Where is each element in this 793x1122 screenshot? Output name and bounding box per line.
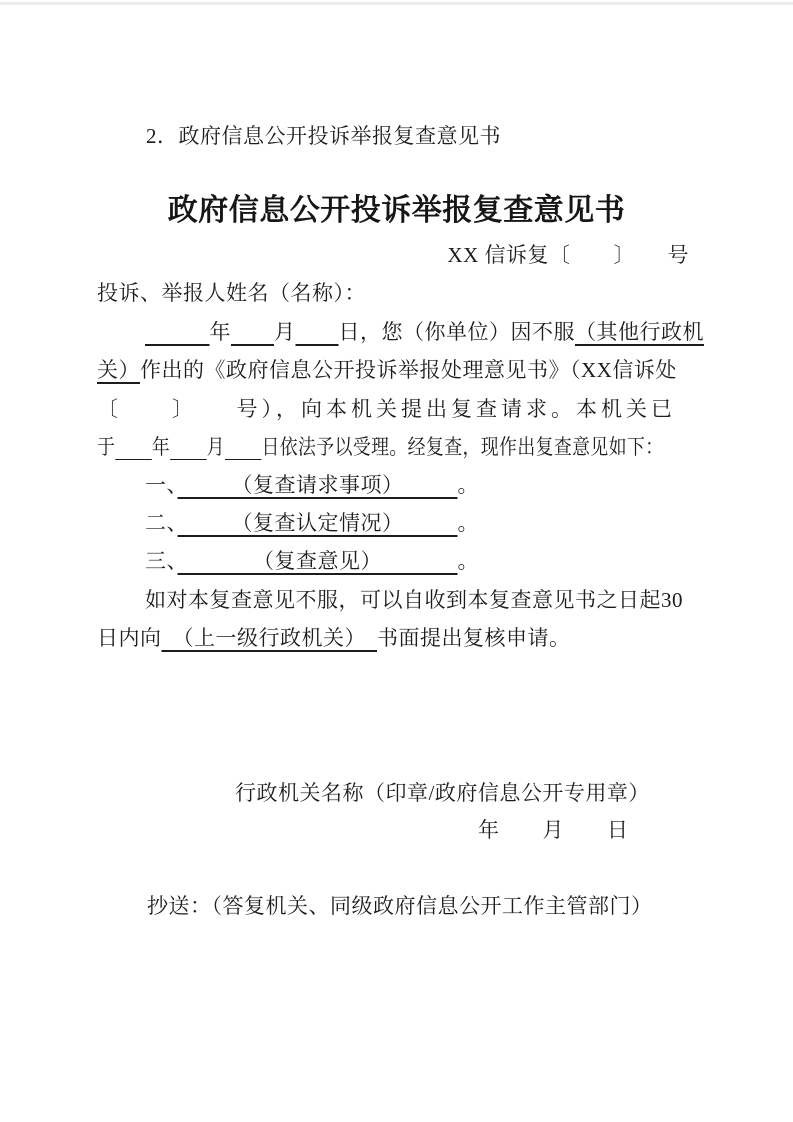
text-run: 如对本复查意见不服，可以自收到本复查意见书之日起30 [145, 588, 683, 612]
text-run: 年 [152, 435, 170, 459]
numbered-item-2-review-findings: 二、 （复查认定情况） 。 [145, 511, 479, 536]
signature-agency-seal-line: 行政机关名称（印章/政府信息公开专用章） [235, 781, 650, 806]
fill-in-blank [145, 320, 210, 344]
numbered-item-1-review-request: 一、 （复查请求事项） 。 [145, 473, 479, 498]
text-run: 书面提出复核申请。 [377, 626, 571, 650]
body-line-4: 于 年 月 日依法予以受理。经复查，现作出复查意见如下： [97, 435, 664, 460]
text-run: 日，您（你单位）因不服 [339, 320, 576, 344]
document-reference-number: XX 信诉复〔 〕 号 [0, 243, 689, 268]
list-item-number-label: 2．政府信息公开投诉举报复查意见书 [146, 124, 501, 149]
carbon-copy-line: 抄送：（答复机关、同级政府信息公开工作主管部门） [147, 894, 653, 919]
numbered-item-3-review-opinion: 三、 （复查意见） 。 [145, 549, 479, 574]
body-line-3: 〔 〕 号），向本机关提出复查请求。本机关已 [97, 397, 676, 422]
document-title: 政府信息公开投诉举报复查意见书 [0, 193, 793, 229]
fill-in-blank [225, 435, 262, 459]
text-run: 月 [207, 435, 225, 459]
text-run: 〔 〕 号），向本机关提出复查请求。本机关已 [97, 397, 676, 421]
text-run: 。 [458, 473, 480, 497]
text-run: 。 [458, 549, 480, 573]
text-run: 二、 [145, 511, 178, 535]
fill-in-blank [231, 320, 274, 344]
fill-in-blank [170, 435, 207, 459]
closing-line-2: 日内向 （上一级行政机关） 书面提出复核申请。 [97, 626, 571, 651]
fill-in-blank [296, 320, 339, 344]
text-run: 月 [274, 320, 296, 344]
text-run: 于 [97, 435, 115, 459]
fill-in-blank: （上一级行政机关） [162, 626, 378, 650]
text-run: 日内向 [97, 626, 162, 650]
signature-date-line: 年 月 日 [478, 818, 629, 843]
fill-in-blank: （复查请求事项） [178, 473, 458, 497]
text-run: 三、 [145, 549, 178, 573]
page-top-edge [0, 2, 793, 5]
text-run: 作出的《政府信息公开投诉举报处理意见书》（XX信诉处 [140, 358, 677, 382]
text-run: 一、 [145, 473, 178, 497]
fill-in-blank: （复查意见） [178, 549, 458, 573]
text-run: 。 [458, 511, 480, 535]
text-run: 日依法予以受理。经复查，现作出复查意见如下： [261, 435, 663, 459]
text-run: 年 [210, 320, 232, 344]
document-page: 2．政府信息公开投诉举报复查意见书 政府信息公开投诉举报复查意见书 XX 信诉复… [0, 0, 793, 1122]
fill-in-blank [115, 435, 152, 459]
body-line-2: 关）作出的《政府信息公开投诉举报处理意见书》（XX信诉处 [97, 358, 677, 383]
closing-line-1: 如对本复查意见不服，可以自收到本复查意见书之日起30 [145, 588, 683, 613]
body-line-1: 年 月 日，您（你单位）因不服（其他行政机 [145, 320, 704, 345]
fill-in-blank: 关） [97, 358, 140, 382]
recipient-name-label: 投诉、举报人姓名（名称）： [97, 281, 366, 306]
fill-in-blank: （复查认定情况） [178, 511, 458, 535]
fill-in-blank: （其他行政机 [575, 320, 704, 344]
